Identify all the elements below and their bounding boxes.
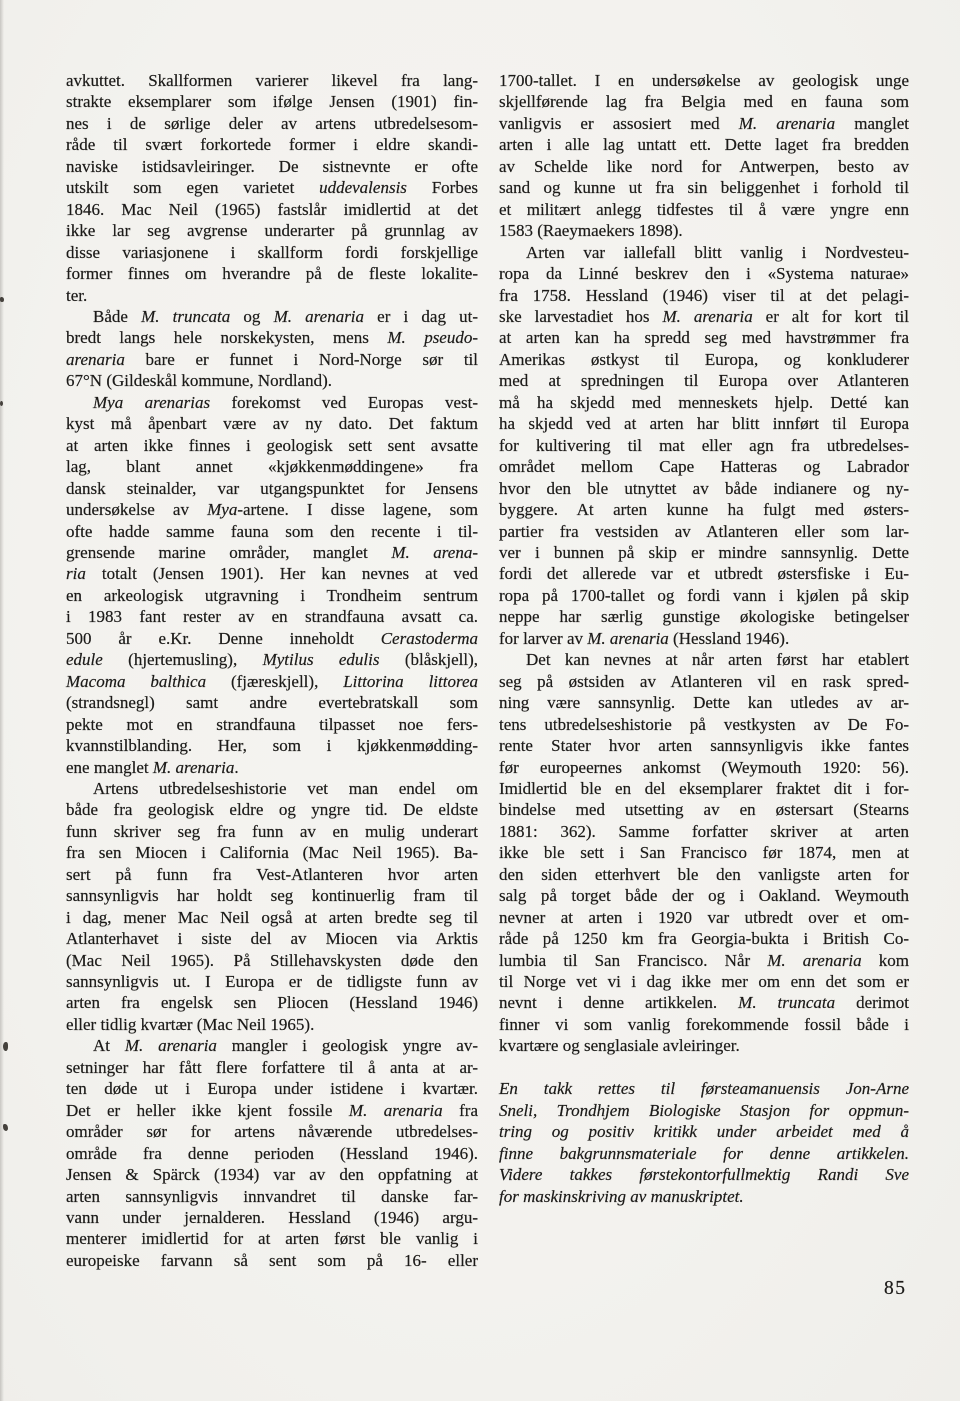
text-line: Arten var iallefall blitt vanlig i Nordv… [499, 242, 909, 263]
text-line: bindelse med utsetting av en østersart (… [499, 799, 909, 820]
text-line: arenaria bare er funnet i Nord-Norge sør… [66, 349, 478, 370]
text-line: partier fra vestsiden av Atlanteren elle… [499, 521, 909, 542]
text-line: sannsynligvis har holdt seg kontinuerlig… [66, 885, 478, 906]
text-line: ter. [66, 285, 478, 306]
text-line: et militært anlegg tidfestes til å være … [499, 199, 909, 220]
text-line: 1583 (Raeymaekers 1898). [499, 220, 909, 241]
text-line: grensende marine områder, manglet M. are… [66, 542, 478, 563]
text-line: funn skriver seg fra funn av en mulig un… [66, 821, 478, 842]
text-line: Macoma balthica (fjæreskjell), Littorina… [66, 671, 478, 692]
scan-speck [3, 1042, 8, 1051]
text-line: vann under jernalderen. Hessland (1946) … [66, 1207, 478, 1228]
text-line: disse variasjonene i skallform fordi for… [66, 242, 478, 263]
text-line: eller tidlig kvartær (Mac Neil 1965). [66, 1014, 478, 1035]
text-line: ning være sannsynlig. Dette kan utledes … [499, 692, 909, 713]
text-line: for kultivering til mat eller agn fra ut… [499, 435, 909, 456]
text-line: nes i de sørlige deler av artens utbrede… [66, 113, 478, 134]
text-line: for larver av M. arenaria (Hessland 1946… [499, 628, 909, 649]
text-line: lumbia til San Francisco. Når M. arenari… [499, 950, 909, 971]
text-line: 1700-tallet. I en undersøkelse av geolog… [499, 70, 909, 91]
text-line: setninger har fått flere forfattere til … [66, 1057, 478, 1078]
text-line: ikke ble sett i San Francisco før 1874, … [499, 842, 909, 863]
text-line: neppe har særlig gunstige økologiske bet… [499, 606, 909, 627]
text-line: At M. arenaria mangler i geologisk yngre… [66, 1035, 478, 1056]
text-line: (strandsnegl) samt andre evertebratskall… [66, 692, 478, 713]
text-line: kyst må åpenbart være av ny dato. Det fa… [66, 413, 478, 434]
paragraph: At M. arenaria mangler i geologisk yngre… [66, 1035, 478, 1271]
text-line: området mellom Cape Hatteras og Labrador [499, 456, 909, 477]
text-line: råde på 1250 km fra Georgia-bukta i Brit… [499, 928, 909, 949]
text-line: bredt langs hele norskekysten, mens M. p… [66, 327, 478, 348]
scan-speck [0, 401, 3, 406]
text-line: ver i bunnen på skip er mindre sannsynli… [499, 542, 909, 563]
text-line: rente Stater hvor arten sannsynligvis ik… [499, 735, 909, 756]
text-line: arten sannsynligvis innvandret til dansk… [66, 1186, 478, 1207]
text-line: Jensen & Spärck (1934) var av den oppfat… [66, 1164, 478, 1185]
text-line: råde til svært forkortede former i eldre… [66, 134, 478, 155]
paragraph: Artens utbredelseshistorie vet man endel… [66, 778, 478, 1035]
text-line: dansk steinalder, var utgangspunktet for… [66, 478, 478, 499]
text-line: Det kan nevnes at når arten først har et… [499, 649, 909, 670]
text-line: med at spredningen til Europa over Atlan… [499, 370, 909, 391]
text-line: seg på østsiden av Atlanteren vil en ras… [499, 671, 909, 692]
text-line: Artens utbredelseshistorie vet man endel… [66, 778, 478, 799]
text-line: ha skjedd ved at arten har blitt innført… [499, 413, 909, 434]
text-line: arten i alle lag untatt ett. Dette laget… [499, 134, 909, 155]
text-line: sannsynligvis ut. I Europa er de tidligs… [66, 971, 478, 992]
text-line: byggere. At arten kunne ha fulgt med øst… [499, 499, 909, 520]
paragraph: Det kan nevnes at når arten først har et… [499, 649, 909, 1057]
text-line: Sneli, Trondhjem Biologiske Stasjon for … [499, 1100, 909, 1121]
text-line: 67°N (Gildeskål kommune, Nordland). [66, 370, 478, 391]
text-line: Amerikas østkyst til Europa, og konklude… [499, 349, 909, 370]
text-line: til Norge vet vi i dag ikke mer om enn d… [499, 971, 909, 992]
text-line: område fra denne perioden (Hessland 1946… [66, 1143, 478, 1164]
paragraph: Både M. truncata og M. arenaria er i dag… [66, 306, 478, 392]
text-line: Både M. truncata og M. arenaria er i dag… [66, 306, 478, 327]
text-line: europeiske farvann så sent som på 16- el… [66, 1250, 478, 1271]
text-line: sert på funn fra Vest-Atlanteren hvor ar… [66, 864, 478, 885]
text-line: både fra geologisk eldre og yngre tid. D… [66, 799, 478, 820]
text-line: menterer imidlertid for at arten først b… [66, 1228, 478, 1249]
text-line: ene manglet M. arenaria. [66, 757, 478, 778]
text-line: 1881: 362). Samme forfatter skriver at a… [499, 821, 909, 842]
text-line: må ha skjedd med menneskets hjelp. Detté… [499, 392, 909, 413]
scan-speck [0, 297, 4, 302]
paragraph: Arten var iallefall blitt vanlig i Nordv… [499, 242, 909, 650]
text-line: naviske istidsavleiringer. De sistnevnte… [66, 156, 478, 177]
text-line: 500 år e.Kr. Denne inneholdt Cerastoderm… [66, 628, 478, 649]
text-line: vanligvis er assosiert med M. arenaria m… [499, 113, 909, 134]
text-line: kvartære og senglasiale avleiringer. [499, 1035, 909, 1056]
text-line: (Mac Neil 1965). På Stillehavskysten død… [66, 950, 478, 971]
text-line: i 1983 fant rester av en strandfauna avs… [66, 606, 478, 627]
text-line: ske larvestadiet hos M. arenaria er alt … [499, 306, 909, 327]
text-line: tring og positiv kritikk under arbeidet … [499, 1121, 909, 1142]
text-line: 1846. Mac Neil (1965) fastslår imidlerti… [66, 199, 478, 220]
text-line: finner vi som vanlig forekommende fossil… [499, 1014, 909, 1035]
right-column: 1700-tallet. I en undersøkelse av geolog… [499, 70, 909, 1207]
text-line: strakte eksemplarer som ifølge Jensen (1… [66, 91, 478, 112]
text-line: sand og kunne ut fra sin beliggenhet i f… [499, 177, 909, 198]
text-line: edule (hjertemusling), Mytilus edulis (b… [66, 649, 478, 670]
paragraph: avkuttet. Skallformen varierer likevel f… [66, 70, 478, 306]
text-line: skjellførende lag fra Belgia med en faun… [499, 91, 909, 112]
text-line: at arten ikke finnes i geologisk sett se… [66, 435, 478, 456]
text-line: utskilt som egen varietet uddevalensis F… [66, 177, 478, 198]
text-line: nevnt i denne artikkelen. M. truncata de… [499, 992, 909, 1013]
scanned-page: avkuttet. Skallformen varierer likevel f… [0, 0, 960, 1401]
text-line: pekte mot en strandfauna tilpasset noe f… [66, 714, 478, 735]
paragraph: Mya arenarias forekomst ved Europas vest… [66, 392, 478, 778]
paragraph: 1700-tallet. I en undersøkelse av geolog… [499, 70, 909, 242]
text-line: Det er heller ikke kjent fossile M. aren… [66, 1100, 478, 1121]
text-line: ria totalt (Jensen 1901). Her kan nevnes… [66, 563, 478, 584]
text-line: En takk rettes til førsteamanuensis Jon-… [499, 1078, 909, 1099]
page-number: 85 [884, 1278, 907, 1300]
text-line: områder sør for artens nåværende utbrede… [66, 1121, 478, 1142]
scan-speck [3, 1124, 8, 1131]
text-line: fra 1758. Hessland (1946) viser til at d… [499, 285, 909, 306]
text-line: Mya arenarias forekomst ved Europas vest… [66, 392, 478, 413]
text-line: en arkeologisk utgravning i Trondheim se… [66, 585, 478, 606]
text-line: former finnes om hverandre på de fleste … [66, 263, 478, 284]
text-line: ropa da Linné beskrev den i «Systema nat… [499, 263, 909, 284]
text-line: ofte hadde samme fauna som den recente i… [66, 521, 478, 542]
text-line: at arten kan ha spredd seg med havstrømm… [499, 327, 909, 348]
text-line: hvor den ble utnyttet av både indianere … [499, 478, 909, 499]
text-line: for maskinskriving av manuskriptet. [499, 1186, 909, 1207]
text-line: av Schelde like nord for Antwerpen, best… [499, 156, 909, 177]
text-line: ten døde ut i Europa under istidene i kv… [66, 1078, 478, 1099]
text-line: fra sen Miocen i California (Mac Neil 19… [66, 842, 478, 863]
text-line: undersøkelse av Mya-artene. I disse lage… [66, 499, 478, 520]
scan-edge-shadow [0, 0, 4, 1401]
paragraph: En takk rettes til førsteamanuensis Jon-… [499, 1078, 909, 1207]
text-line: nevner at arten i 1920 var utbredt over … [499, 907, 909, 928]
text-line: tens utbredelseshistorie på vestkysten a… [499, 714, 909, 735]
text-line: arten fra engelsk sen Pliocen (Hessland … [66, 992, 478, 1013]
text-line: i dag, mener Mac Neil også at arten bred… [66, 907, 478, 928]
text-line: den siden etterhvert ble den vanligste a… [499, 864, 909, 885]
text-line: ikke lar seg avgrense underarter på grun… [66, 220, 478, 241]
text-line: Imidlertid ble en del eksemplarer frakte… [499, 778, 909, 799]
text-line: fordi det allerede var et utbredt østers… [499, 563, 909, 584]
left-column: avkuttet. Skallformen varierer likevel f… [66, 70, 478, 1271]
text-line: før europeernes ankomst (Weymouth 1920: … [499, 757, 909, 778]
text-line: Videre takkes førstekontorfullmektig Ran… [499, 1164, 909, 1185]
text-line: finne bakgrunnsmateriale for denne artik… [499, 1143, 909, 1164]
text-line: avkuttet. Skallformen varierer likevel f… [66, 70, 478, 91]
text-line: Atlanterhavet i siste del av Miocen via … [66, 928, 478, 949]
text-line: salg på torget både der og i Oakland. We… [499, 885, 909, 906]
text-line: kvannstilblanding. Her, som i kjøkkenmød… [66, 735, 478, 756]
text-line: ropa på 1700-tallet og fordi vann i kjøl… [499, 585, 909, 606]
text-line: lag, blant annet «kjøkkenmøddingene» fra [66, 456, 478, 477]
